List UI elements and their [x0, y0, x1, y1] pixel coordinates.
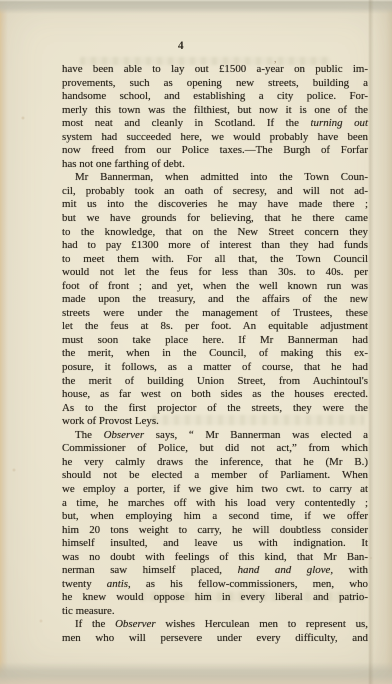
text-line: house, as far west on both sides as the …	[62, 388, 368, 402]
text-line: a time, he marches off with his load ver…	[62, 497, 368, 511]
text-run: cil, probably took an oath of secresy, a…	[62, 185, 368, 197]
text-run: The	[75, 429, 104, 441]
text-run: himself insulted, and leave us with indi…	[62, 537, 368, 549]
text-run: Mr Bannerman, when admitted into the Tow…	[75, 171, 368, 183]
text-run: system had succeeded here, we would prob…	[62, 131, 368, 143]
text-run: should not be elected a member of Parlia…	[62, 469, 368, 481]
text-run: a time, he marches off with his load ver…	[62, 497, 368, 509]
italic-text-run: antis	[107, 578, 128, 590]
text-run: must soon take place here. If Mr Bannerm…	[62, 334, 368, 346]
text-run: foot of front ; and yet, when the well k…	[62, 280, 368, 292]
text-line: now freed from our Police taxes.—The Bur…	[62, 144, 368, 158]
text-run: with	[333, 564, 368, 576]
text-line: have been able to lay out £1500 a-year o…	[62, 63, 368, 77]
text-run: , as his fellow-commissioners, men, who	[128, 578, 368, 590]
text-line: had to pay £1300 more of interest than t…	[62, 239, 368, 253]
text-line: made upon the treasury, and the affairs …	[62, 293, 368, 307]
text-run: he knew would oppose him in every libera…	[62, 591, 368, 603]
text-run: merly this town was the filthiest, but n…	[62, 104, 368, 116]
text-run: to the knowledge, that on the New Street…	[62, 226, 368, 238]
paragraph: have been able to lay out £1500 a-year o…	[62, 63, 368, 171]
text-run: nerman saw himself placed,	[62, 564, 238, 576]
text-line: Mr Bannerman, when admitted into the Tow…	[62, 171, 368, 185]
text-run: most neat and cleanly in Scotland. If th…	[62, 117, 310, 129]
text-line: but, when employing him a second time, i…	[62, 510, 368, 524]
text-run: As to the first projector of the streets…	[62, 402, 368, 414]
text-line: men who will persevere under every diffi…	[62, 632, 368, 646]
text-line: most neat and cleanly in Scotland. If th…	[62, 117, 368, 131]
text-line: him 20 tons weight to carry, he will dou…	[62, 524, 368, 538]
text-line: If the Observer wishes Herculean men to …	[62, 618, 368, 632]
text-line: himself insulted, and leave us with indi…	[62, 537, 368, 551]
text-run: house, as far west on both sides as the …	[62, 388, 368, 400]
text-line: but we have grounds for believing, that …	[62, 212, 368, 226]
italic-text-run: turning out	[310, 117, 368, 129]
text-line: Commissioner of Police, but did not act,…	[62, 442, 368, 456]
text-line: foot of front ; and yet, when the well k…	[62, 280, 368, 294]
italic-text-run: Observer	[115, 618, 156, 630]
text-line: he knew would oppose him in every libera…	[62, 591, 368, 605]
page-number: 4	[151, 40, 211, 52]
text-run: has not one farthing of debt.	[62, 158, 185, 170]
text-run: let the feus at 8s. per foot. An equitab…	[62, 320, 368, 332]
text-run: would not let the feus for less than 30s…	[62, 266, 368, 278]
text-line: to the knowledge, that on the New Street…	[62, 226, 368, 240]
text-run: the merit, when in the Council, of makin…	[62, 347, 368, 359]
text-run: the merit of building Union Street, from…	[62, 375, 368, 387]
text-line: nerman saw himself placed, hand and glov…	[62, 564, 368, 578]
text-run: him 20 tons weight to carry, he will dou…	[62, 524, 368, 536]
text-run: have been able to lay out £1500 a-year o…	[62, 63, 368, 75]
italic-text-run: Observer	[104, 429, 145, 441]
text-line: handsome school, and establishing a city…	[62, 90, 368, 104]
text-line: streets were under the management of Tru…	[62, 307, 368, 321]
text-line: As to the first projector of the streets…	[62, 402, 368, 416]
text-run: he very calmly draws the inference, that…	[62, 456, 368, 468]
text-run: was no doubt with feelings of this kind,…	[62, 551, 368, 563]
text-run: says, “ Mr Bannerman was elected a	[144, 429, 368, 441]
text-line: the merit of building Union Street, from…	[62, 375, 368, 389]
text-run: but we have grounds for believing, that …	[62, 212, 368, 224]
text-run: If the	[75, 618, 115, 630]
text-line: must soon take place here. If Mr Bannerm…	[62, 334, 368, 348]
text-line: cil, probably took an oath of secresy, a…	[62, 185, 368, 199]
paragraph: Mr Bannerman, when admitted into the Tow…	[62, 171, 368, 428]
paragraph: If the Observer wishes Herculean men to …	[62, 618, 368, 645]
paragraph: The Observer says, “ Mr Bannerman was el…	[62, 429, 368, 619]
text-line: we employ a porter, if we give him two c…	[62, 483, 368, 497]
text-run: had to pay £1300 more of interest than t…	[62, 239, 368, 251]
text-line: has not one farthing of debt.	[62, 158, 368, 172]
text-run: now freed from our Police taxes.—The Bur…	[62, 144, 368, 156]
text-line: was no doubt with feelings of this kind,…	[62, 551, 368, 565]
text-run: Commissioner of Police, but did not act,…	[62, 442, 368, 454]
text-line: provements, such as opening new streets,…	[62, 77, 368, 91]
text-line: system had succeeded here, we would prob…	[62, 131, 368, 145]
text-line: work of Provost Leys.	[62, 415, 368, 429]
text-run: tic measure.	[62, 605, 115, 617]
scanned-book-page: 4 , have been able to lay out £1500 a-ye…	[0, 0, 392, 684]
text-run: provements, such as opening new streets,…	[62, 77, 368, 89]
text-run: twenty	[62, 578, 107, 590]
text-line: merly this town was the filthiest, but n…	[62, 104, 368, 118]
text-line: should not be elected a member of Parlia…	[62, 469, 368, 483]
text-line: twenty antis, as his fellow-commissioner…	[62, 578, 368, 592]
text-run: to meet them with. For all that, the Tow…	[62, 253, 368, 265]
page-text: have been able to lay out £1500 a-year o…	[62, 63, 368, 646]
italic-text-run: hand and glove,	[238, 564, 334, 576]
text-line: let the feus at 8s. per foot. An equitab…	[62, 320, 368, 334]
text-run: work of Provost Leys.	[62, 415, 159, 427]
text-run: made upon the treasury, and the affairs …	[62, 293, 368, 305]
text-run: wishes Herculean men to represent us,	[156, 618, 368, 630]
text-line: he very calmly draws the inference, that…	[62, 456, 368, 470]
text-run: posure, it follows, as a matter of cours…	[62, 361, 368, 373]
text-run: streets were under the management of Tru…	[62, 307, 368, 319]
text-line: the merit, when in the Council, of makin…	[62, 347, 368, 361]
text-line: would not let the feus for less than 30s…	[62, 266, 368, 280]
text-line: to meet them with. For all that, the Tow…	[62, 253, 368, 267]
text-run: handsome school, and establishing a city…	[62, 90, 368, 102]
text-line: The Observer says, “ Mr Bannerman was el…	[62, 429, 368, 443]
text-line: posure, it follows, as a matter of cours…	[62, 361, 368, 375]
text-run: we employ a porter, if we give him two c…	[62, 483, 368, 495]
text-line: tic measure.	[62, 605, 368, 619]
text-run: but, when employing him a second time, i…	[62, 510, 368, 522]
text-run: men who will persevere under every diffi…	[62, 632, 368, 644]
text-run: mit us into the discoveries he may have …	[62, 198, 368, 210]
text-line: mit us into the discoveries he may have …	[62, 198, 368, 212]
